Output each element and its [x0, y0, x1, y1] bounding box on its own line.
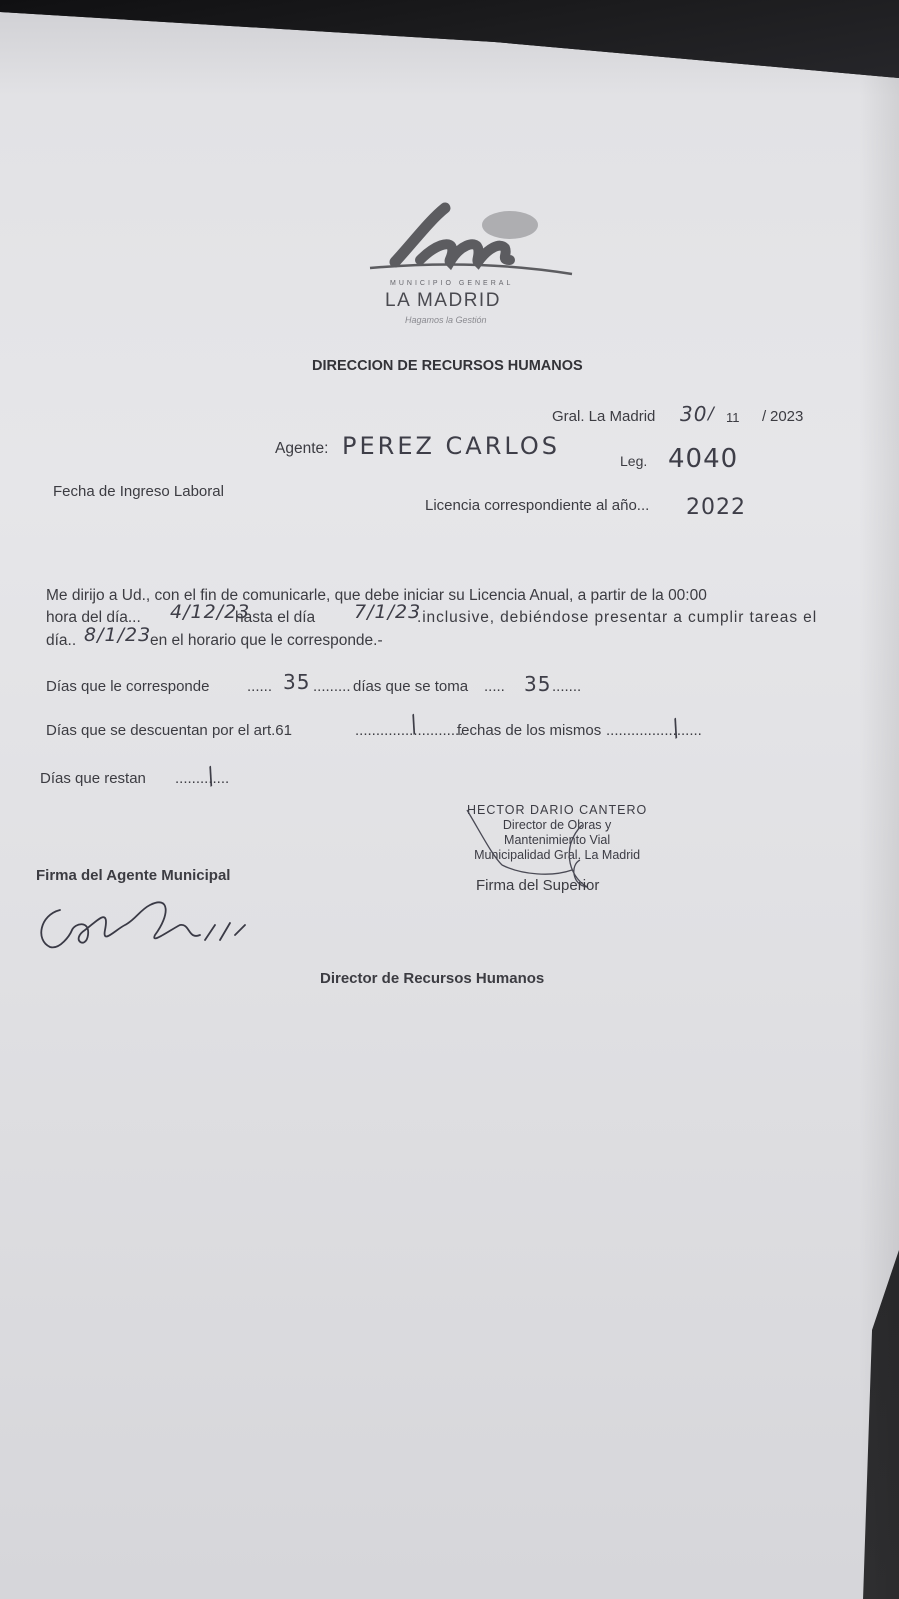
agent-signature: [30, 895, 260, 955]
license-year-label: Licencia correspondiente al año...: [425, 497, 649, 514]
deducted-dates-label: fechas de los mismos: [457, 722, 601, 739]
hire-date-label: Fecha de Ingreso Laboral: [53, 483, 224, 500]
body-line-3-suffix: en el horario que le corresponde.-: [150, 632, 383, 650]
date-day: 30: [680, 402, 707, 426]
agent-label: Agente:: [275, 440, 328, 458]
date-separator-2: /: [762, 408, 766, 425]
agent-signature-label: Firma del Agente Municipal: [36, 867, 230, 884]
leg-label: Leg.: [620, 453, 647, 469]
page-edge-shadow: [859, 60, 899, 1599]
dots: .....: [484, 678, 505, 695]
date-separator: /: [708, 404, 715, 424]
body-line-2-suffix: .inclusive, debiéndose presentar a cumpl…: [417, 609, 817, 627]
agent-name: PEREZ CARLOS: [342, 432, 560, 460]
date-month: 11: [726, 410, 740, 425]
days-taken-label: días que se toma: [353, 678, 468, 695]
department-title: DIRECCION DE RECURSOS HUMANOS: [312, 358, 583, 374]
days-entitled-value: 35: [283, 670, 310, 694]
leg-number: 4040: [668, 444, 738, 474]
license-year-value: 2022: [686, 495, 746, 520]
date-year: 2023: [770, 408, 803, 425]
body-line-3-prefix: día..: [46, 632, 76, 650]
days-remaining-label: Días que restan: [40, 770, 146, 787]
dots: .......: [552, 678, 581, 695]
days-taken-value: 35: [524, 672, 551, 696]
dots: .........: [313, 678, 351, 695]
hr-director-label: Director de Recursos Humanos: [320, 970, 544, 987]
dots: .......................: [606, 722, 702, 739]
days-entitled-label: Días que le corresponde: [46, 678, 209, 695]
days-deducted-label: Días que se descuentan por el art.61: [46, 722, 292, 739]
place-label: Gral. La Madrid: [552, 408, 655, 425]
municipality-name: LA MADRID: [385, 290, 501, 312]
body-line-2-middle: hasta el día: [235, 609, 315, 627]
municipality-tagline: Hagamos la Gestión: [405, 315, 487, 325]
end-date: 7/1/23: [354, 601, 421, 623]
return-date: 8/1/23: [84, 624, 151, 646]
superior-signature-label: Firma del Superior: [476, 877, 599, 894]
dots: ......: [247, 678, 272, 695]
municipality-prefix: MUNICIPIO GENERAL: [390, 280, 513, 287]
